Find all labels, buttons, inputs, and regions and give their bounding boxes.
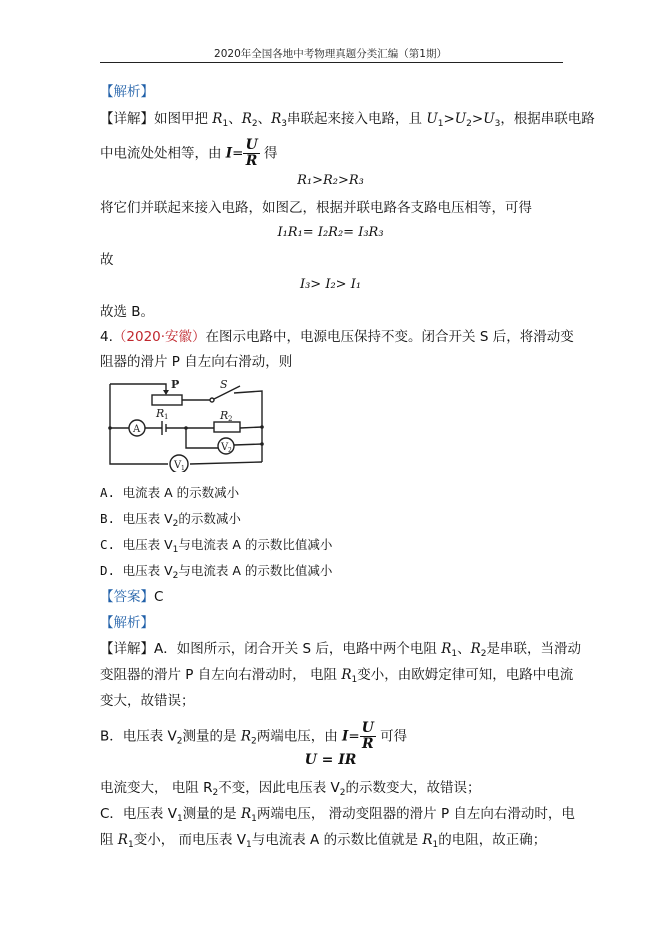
math-R: R: [241, 729, 251, 745]
text: 在图示电路中，电源电压保持不变。闭合开关 S 后，将滑动变: [206, 329, 574, 345]
question-source: （2020·安徽）: [113, 329, 206, 345]
xiangjie-tag: 【详解】: [100, 641, 154, 657]
explain-a-line2: 变阻器的滑片 P 自左向右滑动时， 电阻 R1变小，由欧姆定律可知，电路中电流: [100, 665, 573, 685]
text: 两端电压，由: [257, 729, 342, 745]
xiangjie-paragraph-line2: 中电流处处相等，由 I=UR 得: [100, 138, 277, 169]
text: 两端电压， 滑动变阻器的滑片 P 自左向右滑动时，电: [257, 806, 575, 822]
xiangjie-paragraph-line1: 【详解】如图甲把 R1、R2、R3串联起来接入电路，且 U1>U2>U3，根据串…: [100, 109, 595, 129]
text: 测量的是: [183, 806, 241, 822]
jiexi-tag-q4: 【解析】: [100, 613, 154, 633]
option-letter: C.: [100, 537, 115, 552]
text: B．电压表 V: [100, 729, 177, 745]
text: 得: [260, 146, 278, 162]
math-R: R: [341, 667, 351, 683]
svg-text:A: A: [132, 424, 141, 435]
text: 与电流表 A 的示数比值就是: [252, 832, 423, 848]
text: 可得: [376, 729, 407, 745]
svg-text:2: 2: [228, 415, 232, 423]
explain-a-line1: 【详解】A．如图所示，闭合开关 S 后，电路中两个电阻 R1、R2是串联，当滑动: [100, 639, 581, 659]
option-d[interactable]: D. 电压表 V2与电流表 A 的示数比值减小: [100, 561, 332, 581]
question-4-stem-line2: 阻器的滑片 P 自左向右滑动，则: [100, 352, 292, 372]
text: ，根据串联电路: [500, 111, 595, 127]
svg-text:R: R: [155, 407, 164, 420]
text: 阻: [100, 832, 118, 848]
answer-tag: 【答案】: [100, 589, 154, 605]
question-number: 4.: [100, 329, 113, 345]
text: 变小， 而电压表 V: [134, 832, 246, 848]
choose-b-text: 故选 B。: [100, 302, 154, 322]
text: 测量的是: [183, 729, 241, 745]
parallel-paragraph: 将它们并联起来接入电路，如图乙，根据并联电路各支路电压相等，可得: [100, 198, 532, 218]
text: 变阻器的滑片 P 自左向右滑动时， 电阻: [100, 667, 341, 683]
gt: >: [443, 111, 454, 127]
text: 是串联，当滑动: [487, 641, 582, 657]
page-header-title: 2020年全国各地中考物理真题分类汇编（第1期）: [0, 46, 661, 61]
svg-text:R: R: [219, 409, 228, 422]
frac-num: U: [243, 138, 259, 154]
option-text: 的示数减小: [178, 511, 241, 526]
text: 的电阻，故正确；: [438, 832, 546, 848]
option-b[interactable]: B. 电压表 V2的示数减小: [100, 509, 241, 529]
svg-text:1: 1: [181, 465, 185, 472]
sep: 、: [228, 111, 242, 127]
option-text: 与电流表 A 的示数比值减小: [178, 563, 332, 578]
question-4-stem-line1: 4.（2020·安徽）在图示电路中，电源电压保持不变。闭合开关 S 后，将滑动变: [100, 327, 574, 347]
option-letter: A.: [100, 485, 115, 500]
gu-text: 故: [100, 250, 114, 270]
fraction-u-over-r: UR: [243, 138, 259, 169]
option-c[interactable]: C. 电压表 V1与电流表 A 的示数比值减小: [100, 535, 332, 555]
eq: =: [348, 729, 359, 745]
math-R: R: [422, 832, 432, 848]
option-letter: D.: [100, 563, 115, 578]
option-a[interactable]: A. 电流表 A 的示数减小: [100, 483, 239, 503]
option-text: 电压表 V: [123, 511, 173, 526]
frac-num: U: [360, 721, 376, 737]
option-text: 与电流表 A 的示数比值减小: [178, 537, 332, 552]
sep: 、: [258, 111, 272, 127]
math-R: R: [241, 806, 251, 822]
xiangjie-tag: 【详解】: [100, 111, 154, 127]
jiexi-tag: 【解析】: [100, 82, 154, 102]
text: 电流变大， 电阻 R: [100, 780, 212, 796]
answer-line: 【答案】C: [100, 587, 163, 607]
text: 的示数变大，故错误；: [345, 780, 480, 796]
math-R: R: [242, 111, 252, 127]
text: A．如图所示，闭合开关 S 后，电路中两个电阻: [154, 641, 441, 657]
circuit-diagram: P S R1 R2 A V2 V1: [104, 378, 270, 472]
svg-text:S: S: [220, 378, 228, 391]
formula-i-order: I₃> I₂> I₁: [0, 277, 661, 292]
math-R: R: [212, 111, 222, 127]
text: 中电流处处相等，由: [100, 146, 226, 162]
text: 如图甲把: [154, 111, 212, 127]
option-letter: B.: [100, 511, 115, 526]
math-R: R: [118, 832, 128, 848]
text: 串联起来接入电路，且: [287, 111, 426, 127]
math-U: U: [455, 111, 466, 127]
frac-den: R: [360, 737, 376, 752]
option-text: 电压表 V: [123, 537, 173, 552]
explain-b-line2: 电流变大， 电阻 R2不变，因此电压表 V2的示数变大，故错误；: [100, 778, 480, 798]
fraction-u-over-r: UR: [360, 721, 376, 752]
text: 不变，因此电压表 V: [218, 780, 340, 796]
option-text: 电压表 V: [123, 563, 173, 578]
svg-text:P: P: [171, 378, 179, 391]
gt: >: [472, 111, 483, 127]
text: 变小，由欧姆定律可知，电路中电流: [357, 667, 573, 683]
explain-b-line1: B．电压表 V2测量的是 R2两端电压，由 I=UR 可得: [100, 721, 407, 752]
math-U: U: [426, 111, 437, 127]
math-R: R: [471, 641, 481, 657]
math-R: R: [271, 111, 281, 127]
frac-den: R: [243, 154, 259, 169]
math-U: U: [483, 111, 494, 127]
formula-r-order: R₁>R₂>R₃: [0, 173, 661, 188]
explain-c-line2: 阻 R1变小， 而电压表 V1与电流表 A 的示数比值就是 R1的电阻，故正确；: [100, 830, 546, 850]
slider-arrow-icon: [163, 390, 169, 395]
explain-c-line1: C．电压表 V1测量的是 R1两端电压， 滑动变阻器的滑片 P 自左向右滑动时，…: [100, 804, 575, 824]
svg-text:2: 2: [228, 447, 232, 454]
svg-text:1: 1: [164, 413, 168, 421]
eq: =: [232, 146, 243, 162]
explain-a-line3: 变大，故错误；: [100, 691, 195, 711]
text: C．电压表 V: [100, 806, 177, 822]
formula-ir-equal: I₁R₁= I₂R₂= I₃R₃: [0, 225, 661, 240]
sep: 、: [457, 641, 471, 657]
answer-value: C: [154, 589, 163, 605]
header-divider: [100, 62, 563, 63]
math-R: R: [441, 641, 451, 657]
option-text: 电流表 A 的示数减小: [123, 485, 240, 500]
formula-u-ir: U = IR: [0, 752, 661, 768]
